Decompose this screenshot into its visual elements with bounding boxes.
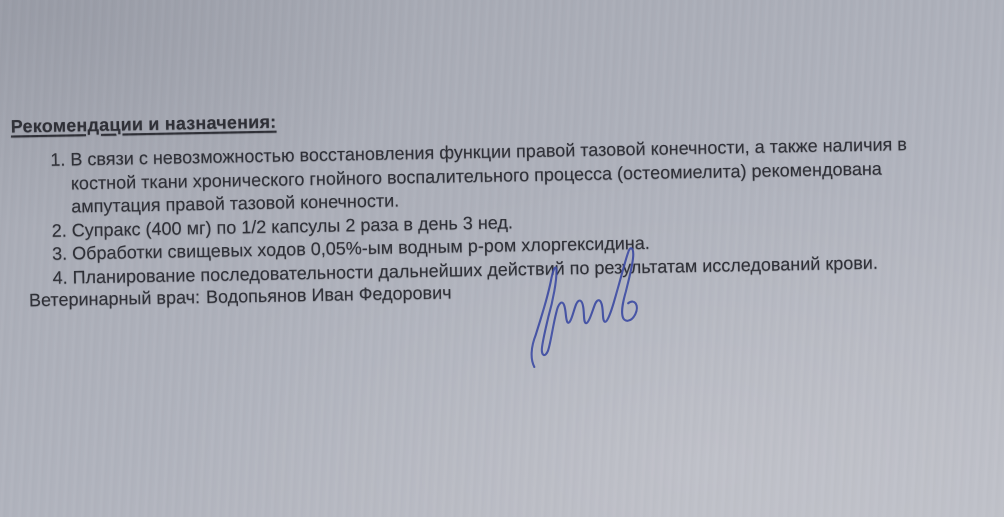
paper-sheet: Рекомендации и назначения: 1. В связи с … xyxy=(0,0,1004,517)
item-number: 2. xyxy=(45,219,72,243)
document-photo: Рекомендации и назначения: 1. В связи с … xyxy=(0,0,1004,517)
item-number: 4. xyxy=(45,266,72,290)
item-number: 3. xyxy=(45,242,72,266)
signatory-label: Ветеринарный врач: xyxy=(29,287,200,310)
signature-ink-stroke xyxy=(530,248,638,367)
recommendations-list: 1. В связи с невозможностью восстановлен… xyxy=(43,133,940,290)
item-number: 1. xyxy=(43,148,70,172)
document-heading: Рекомендации и назначения: xyxy=(11,112,277,138)
signatory-name: Водопьянов Иван Федорович xyxy=(206,282,452,306)
handwritten-signature xyxy=(514,247,656,382)
